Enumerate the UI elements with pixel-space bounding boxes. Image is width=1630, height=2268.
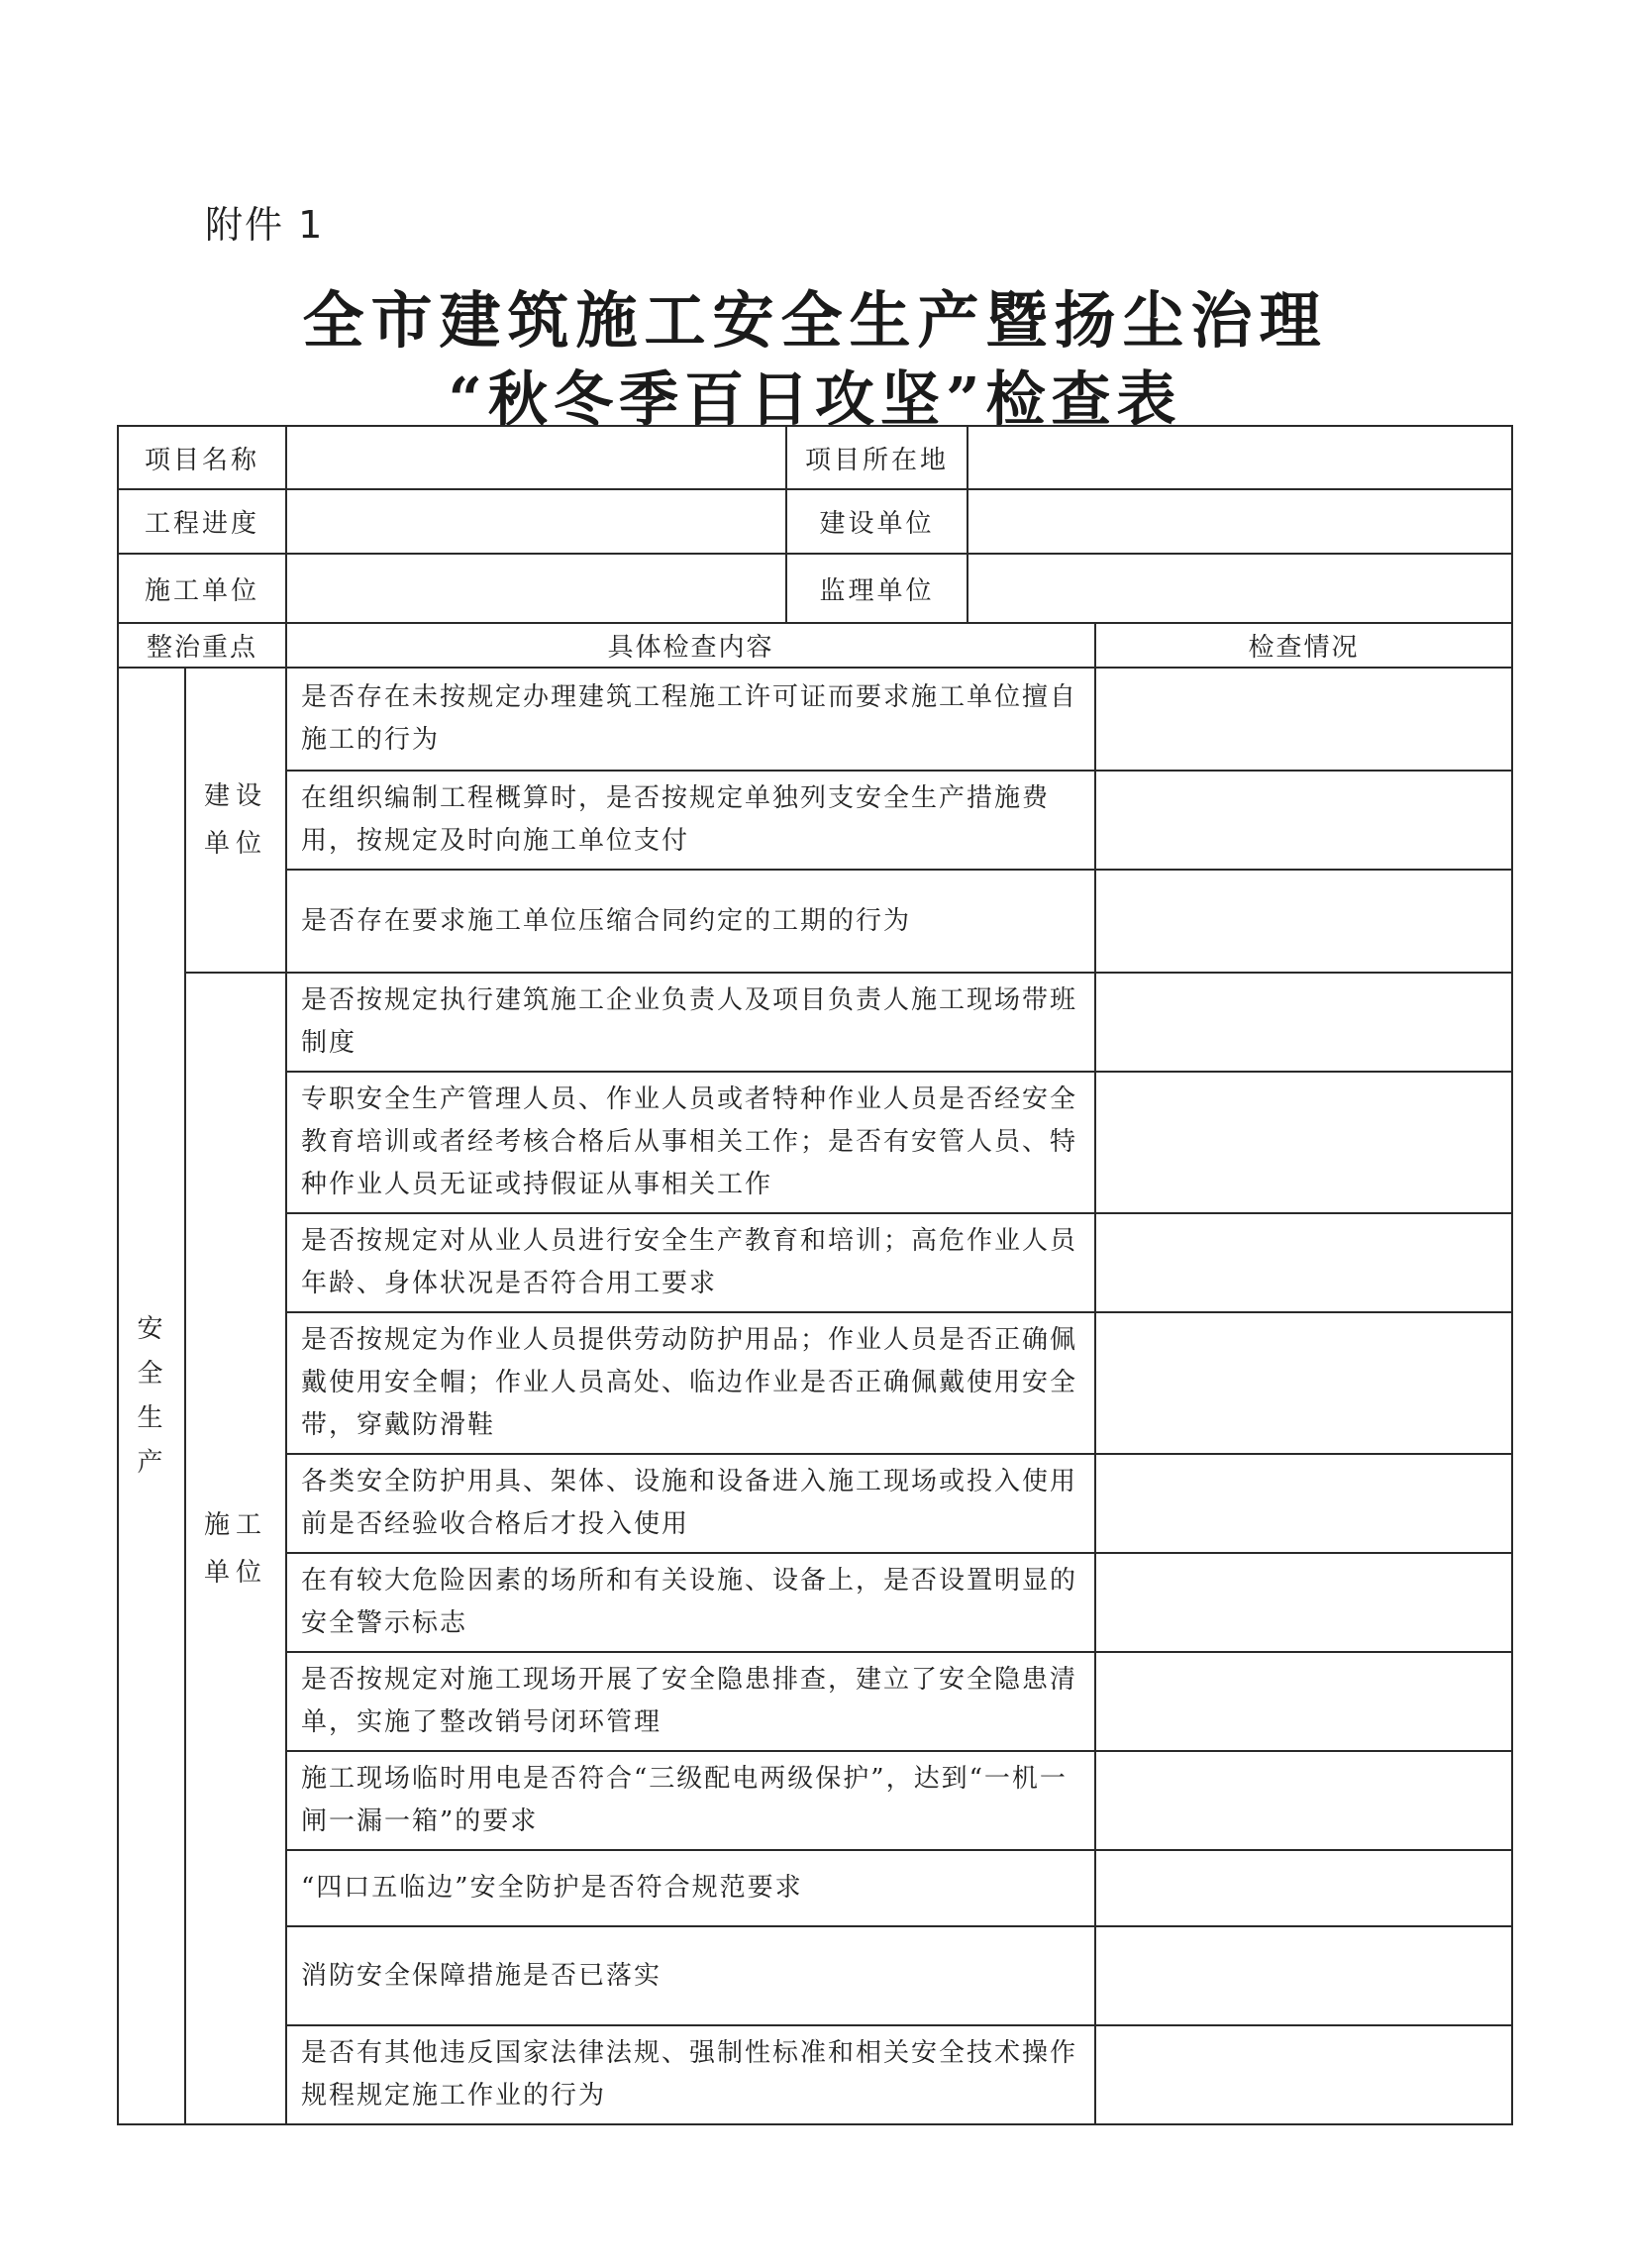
group-label-owner: 建设单位 [204, 773, 267, 868]
owner-unit-label: 建设单位 [786, 489, 968, 554]
check-result-field[interactable] [1095, 1454, 1512, 1553]
check-item: 各类安全防护用具、架体、设施和设备进入施工现场或投入使用前是否经验收合格后才投入… [286, 1454, 1095, 1553]
check-item: 是否存在未按规定办理建筑工程施工许可证而要求施工单位擅自施工的行为 [286, 668, 1095, 771]
check-result-field[interactable] [1095, 668, 1512, 771]
table-row: 是否按规定对施工现场开展了安全隐患排查，建立了安全隐患清单，实施了整改销号闭环管… [118, 1652, 1512, 1751]
table-row: 在有较大危险因素的场所和有关设施、设备上，是否设置明显的安全警示标志 [118, 1553, 1512, 1652]
table-row: 是否按规定为作业人员提供劳动防护用品；作业人员是否正确佩戴使用安全帽；作业人员高… [118, 1312, 1512, 1454]
info-row: 施工单位 监理单位 [118, 554, 1512, 623]
progress-label: 工程进度 [118, 489, 286, 554]
category-cell: 安全生产 [118, 668, 185, 2124]
owner-unit-field[interactable] [968, 489, 1512, 554]
table-row: 在组织编制工程概算时，是否按规定单独列支安全生产措施费用，按规定及时向施工单位支… [118, 771, 1512, 870]
table-row: 是否存在要求施工单位压缩合同约定的工期的行为 [118, 870, 1512, 973]
check-item: 是否存在要求施工单位压缩合同约定的工期的行为 [286, 870, 1095, 973]
check-result-field[interactable] [1095, 1652, 1512, 1751]
group-cell-owner: 建设单位 [185, 668, 286, 973]
column-header-focus: 整治重点 [118, 623, 286, 668]
table-row: “四口五临边”安全防护是否符合规范要求 [118, 1850, 1512, 1926]
attachment-label: 附件 1 [205, 194, 324, 249]
info-row: 项目名称 项目所在地 [118, 426, 1512, 489]
check-item: 是否按规定对施工现场开展了安全隐患排查，建立了安全隐患清单，实施了整改销号闭环管… [286, 1652, 1095, 1751]
check-result-field[interactable] [1095, 870, 1512, 973]
table-row: 专职安全生产管理人员、作业人员或者特种作业人员是否经安全教育培训或者经考核合格后… [118, 1072, 1512, 1213]
check-result-field[interactable] [1095, 1553, 1512, 1652]
check-item: 是否按规定对从业人员进行安全生产教育和培训；高危作业人员年龄、身体状况是否符合用… [286, 1213, 1095, 1312]
check-result-field[interactable] [1095, 1926, 1512, 2025]
check-item: 在有较大危险因素的场所和有关设施、设备上，是否设置明显的安全警示标志 [286, 1553, 1095, 1652]
check-item: 消防安全保障措施是否已落实 [286, 1926, 1095, 2025]
check-result-field[interactable] [1095, 973, 1512, 1072]
check-item: 是否有其他违反国家法律法规、强制性标准和相关安全技术操作规程规定施工作业的行为 [286, 2025, 1095, 2124]
column-header-result: 检查情况 [1095, 623, 1512, 668]
supervisor-unit-field[interactable] [968, 554, 1512, 623]
check-result-field[interactable] [1095, 1751, 1512, 1850]
contractor-unit-field[interactable] [286, 554, 786, 623]
group-label-contractor: 施工单位 [204, 1501, 267, 1597]
contractor-unit-label: 施工单位 [118, 554, 286, 623]
table-row: 是否按规定对从业人员进行安全生产教育和培训；高危作业人员年龄、身体状况是否符合用… [118, 1213, 1512, 1312]
check-result-field[interactable] [1095, 1312, 1512, 1454]
check-item: 在组织编制工程概算时，是否按规定单独列支安全生产措施费用，按规定及时向施工单位支… [286, 771, 1095, 870]
progress-field[interactable] [286, 489, 786, 554]
inspection-table: 项目名称 项目所在地 工程进度 建设单位 施工单位 监理单位 整治重点 具体检查… [117, 425, 1513, 2125]
info-row: 工程进度 建设单位 [118, 489, 1512, 554]
project-location-field[interactable] [968, 426, 1512, 489]
table-row: 消防安全保障措施是否已落实 [118, 1926, 1512, 2025]
check-item: 施工现场临时用电是否符合“三级配电两级保护”，达到“一机一闸一漏一箱”的要求 [286, 1751, 1095, 1850]
table-row: 各类安全防护用具、架体、设施和设备进入施工现场或投入使用前是否经验收合格后才投入… [118, 1454, 1512, 1553]
check-result-field[interactable] [1095, 1213, 1512, 1312]
category-label: 安全生产 [137, 1307, 166, 1486]
project-name-label: 项目名称 [118, 426, 286, 489]
check-item: 专职安全生产管理人员、作业人员或者特种作业人员是否经安全教育培训或者经考核合格后… [286, 1072, 1095, 1213]
column-header-row: 整治重点 具体检查内容 检查情况 [118, 623, 1512, 668]
check-item: “四口五临边”安全防护是否符合规范要求 [286, 1850, 1095, 1926]
check-result-field[interactable] [1095, 2025, 1512, 2124]
column-header-content: 具体检查内容 [286, 623, 1095, 668]
check-item: 是否按规定为作业人员提供劳动防护用品；作业人员是否正确佩戴使用安全帽；作业人员高… [286, 1312, 1095, 1454]
group-cell-contractor: 施工单位 [185, 973, 286, 2124]
check-item: 是否按规定执行建筑施工企业负责人及项目负责人施工现场带班制度 [286, 973, 1095, 1072]
check-result-field[interactable] [1095, 1850, 1512, 1926]
table-row: 是否有其他违反国家法律法规、强制性标准和相关安全技术操作规程规定施工作业的行为 [118, 2025, 1512, 2124]
check-result-field[interactable] [1095, 1072, 1512, 1213]
project-name-field[interactable] [286, 426, 786, 489]
table-row: 施工单位 是否按规定执行建筑施工企业负责人及项目负责人施工现场带班制度 [118, 973, 1512, 1072]
table-row: 施工现场临时用电是否符合“三级配电两级保护”，达到“一机一闸一漏一箱”的要求 [118, 1751, 1512, 1850]
project-location-label: 项目所在地 [786, 426, 968, 489]
supervisor-unit-label: 监理单位 [786, 554, 968, 623]
check-result-field[interactable] [1095, 771, 1512, 870]
page-title-line1: 全市建筑施工安全生产暨扬尘治理 [0, 271, 1630, 360]
table-row: 安全生产 建设单位 是否存在未按规定办理建筑工程施工许可证而要求施工单位擅自施工… [118, 668, 1512, 771]
